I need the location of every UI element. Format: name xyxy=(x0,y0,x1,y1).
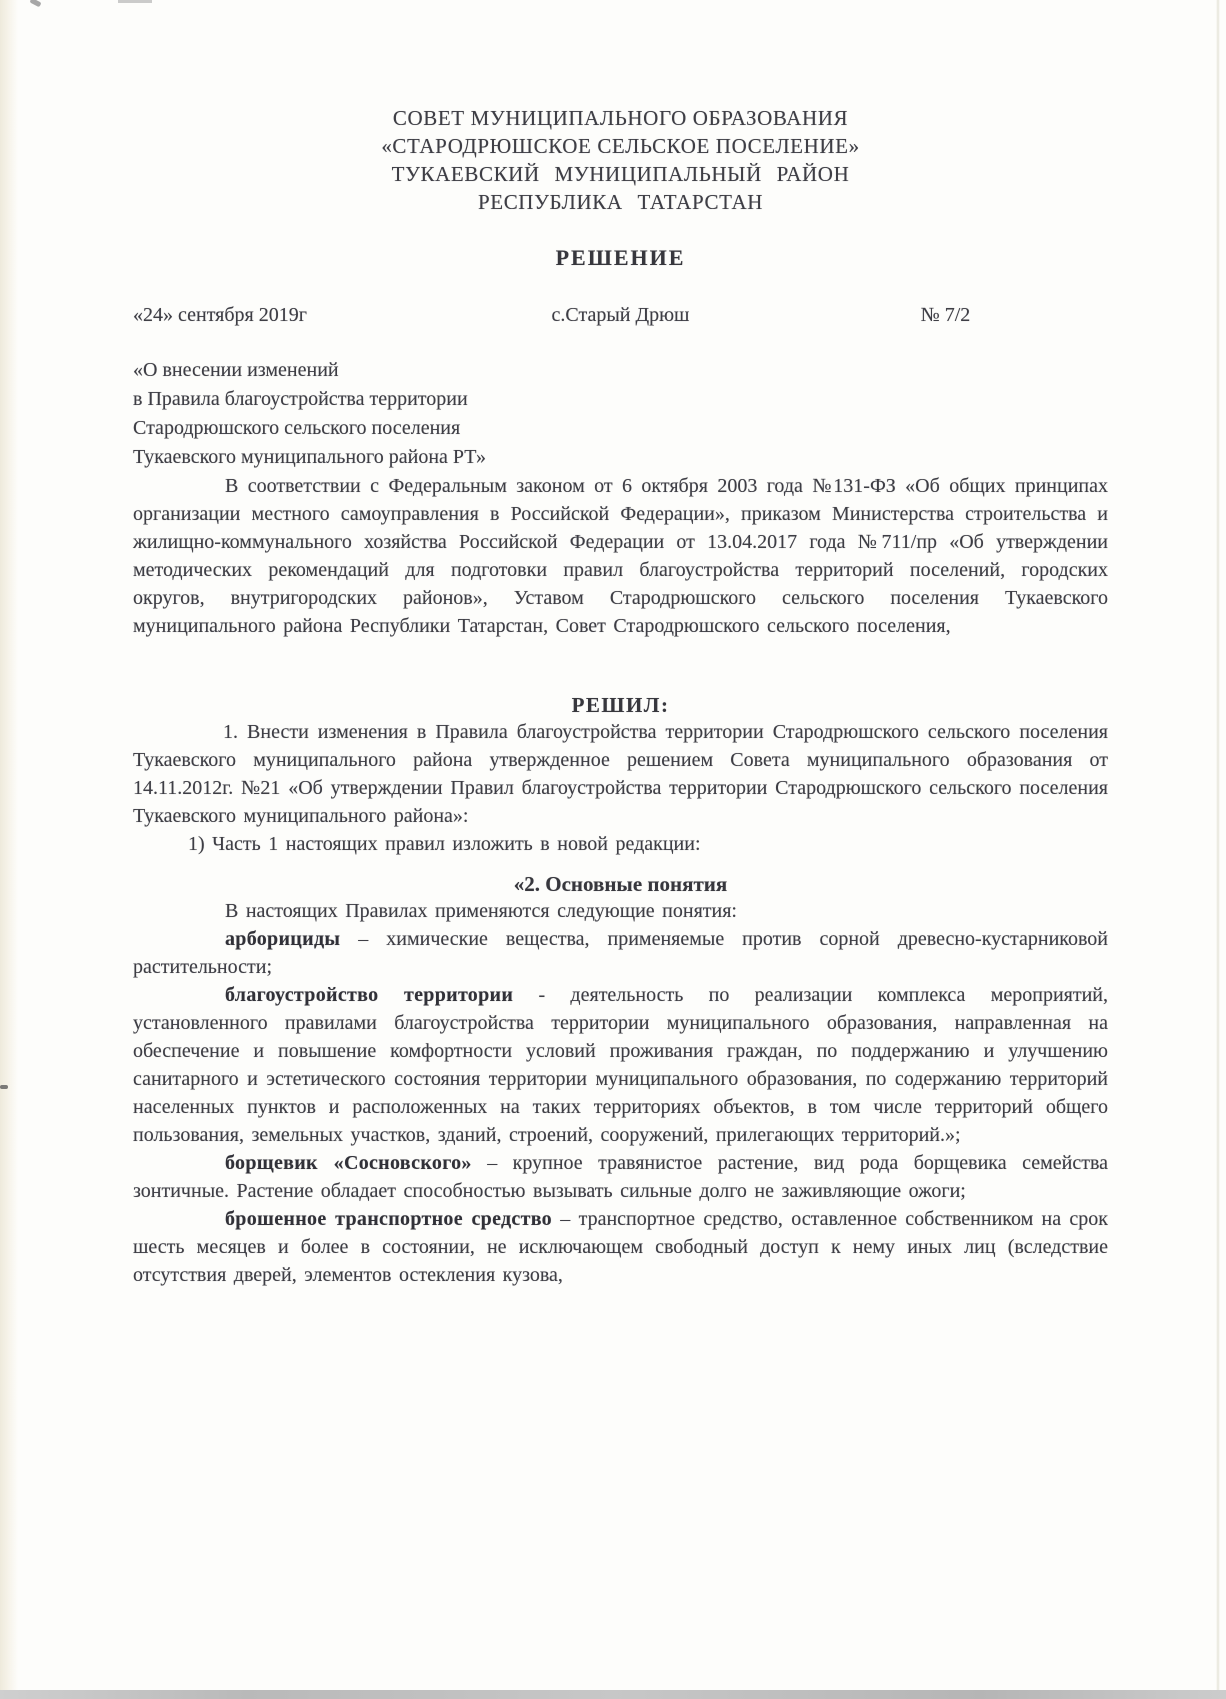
scanned-page: СОВЕТ МУНИЦИПАЛЬНОГО ОБРАЗОВАНИЯ «СТАРОД… xyxy=(0,0,1226,1699)
subject-line: «О внесении изменений xyxy=(133,356,1108,385)
resolution-item-2: 1) Часть 1 настоящих правил изложить в н… xyxy=(133,830,1108,858)
definition-term: брошенное транспортное средство xyxy=(225,1208,552,1230)
org-name-line: ТУКАЕВСКИЙ МУНИЦИПАЛЬНЫЙ РАЙОН xyxy=(133,160,1108,188)
document-subject: «О внесении изменений в Правила благоуст… xyxy=(133,356,1108,472)
org-name-block: СОВЕТ МУНИЦИПАЛЬНОГО ОБРАЗОВАНИЯ «СТАРОД… xyxy=(133,0,1108,216)
definition-paragraph: борщевик «Сосновского» – крупное травяни… xyxy=(133,1149,1108,1205)
definition-term: борщевик «Сосновского» xyxy=(225,1152,472,1174)
preamble-paragraph: В соответствии с Федеральным законом от … xyxy=(133,472,1108,640)
definition-text: - деятельность по реализации комплекса м… xyxy=(133,984,1108,1146)
org-name-line: СОВЕТ МУНИЦИПАЛЬНОГО ОБРАЗОВАНИЯ xyxy=(133,104,1108,132)
definition-term: благоустройство территории xyxy=(225,984,513,1006)
definition-paragraph: брошенное транспортное средство – трансп… xyxy=(133,1205,1108,1289)
scan-speck xyxy=(29,0,41,7)
document-number: № 7/2 xyxy=(783,301,1108,329)
resolved-heading: РЕШИЛ: xyxy=(133,693,1108,718)
dateline: «24» сентября 2019г с.Старый Дрюш № 7/2 xyxy=(133,301,1108,329)
subject-line: в Правила благоустройства территории xyxy=(133,385,1108,414)
definitions-intro: В настоящих Правилах применяются следующ… xyxy=(133,897,1108,925)
org-name-line: РЕСПУБЛИКА ТАТАРСТАН xyxy=(133,188,1108,216)
document-type-title: РЕШЕНИЕ xyxy=(133,245,1108,271)
scan-edge-right xyxy=(1216,0,1220,1699)
definition-paragraph: арборициды – химические вещества, примен… xyxy=(133,925,1108,981)
org-name-line: «СТАРОДРЮШСКОЕ СЕЛЬСКОЕ ПОСЕЛЕНИЕ» xyxy=(133,132,1108,160)
scan-edge-bottom xyxy=(0,1690,1226,1699)
subject-line: Стародрюшского сельского поселения xyxy=(133,414,1108,443)
definition-paragraph: благоустройство территории - деятельност… xyxy=(133,981,1108,1149)
document-place: с.Старый Дрюш xyxy=(458,301,783,329)
definition-term: арборициды xyxy=(225,928,340,950)
document-body: СОВЕТ МУНИЦИПАЛЬНОГО ОБРАЗОВАНИЯ «СТАРОД… xyxy=(133,0,1108,1289)
document-date: «24» сентября 2019г xyxy=(133,301,458,329)
section-heading: «2. Основные понятия xyxy=(133,872,1108,897)
scan-speck xyxy=(0,1085,8,1089)
subject-line: Тукаевского муниципального района РТ» xyxy=(133,443,1108,472)
resolution-item-1: 1. Внести изменения в Правила благоустро… xyxy=(133,718,1108,830)
scan-edge-left xyxy=(0,0,18,1699)
